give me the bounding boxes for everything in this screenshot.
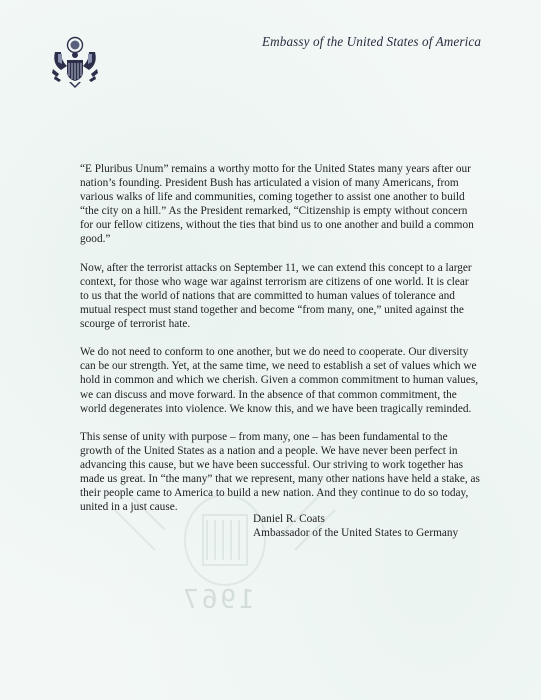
watermark-year: 1967: [180, 585, 255, 615]
letter-body: “E Pluribus Unum” remains a worthy motto…: [80, 162, 480, 528]
signature-block: Daniel R. Coats Ambassador of the United…: [253, 512, 458, 540]
paragraph: We do not need to conform to one another…: [80, 345, 480, 415]
paragraph: This sense of unity with purpose – from …: [80, 430, 480, 515]
paragraph: Now, after the terrorist attacks on Sept…: [80, 261, 480, 331]
letterhead-title: Embassy of the United States of America: [262, 34, 474, 50]
signatory-name: Daniel R. Coats: [253, 512, 458, 526]
great-seal-eagle-icon: [49, 36, 101, 92]
signatory-title: Ambassador of the United States to Germa…: [253, 526, 458, 540]
paragraph: “E Pluribus Unum” remains a worthy motto…: [80, 162, 480, 247]
